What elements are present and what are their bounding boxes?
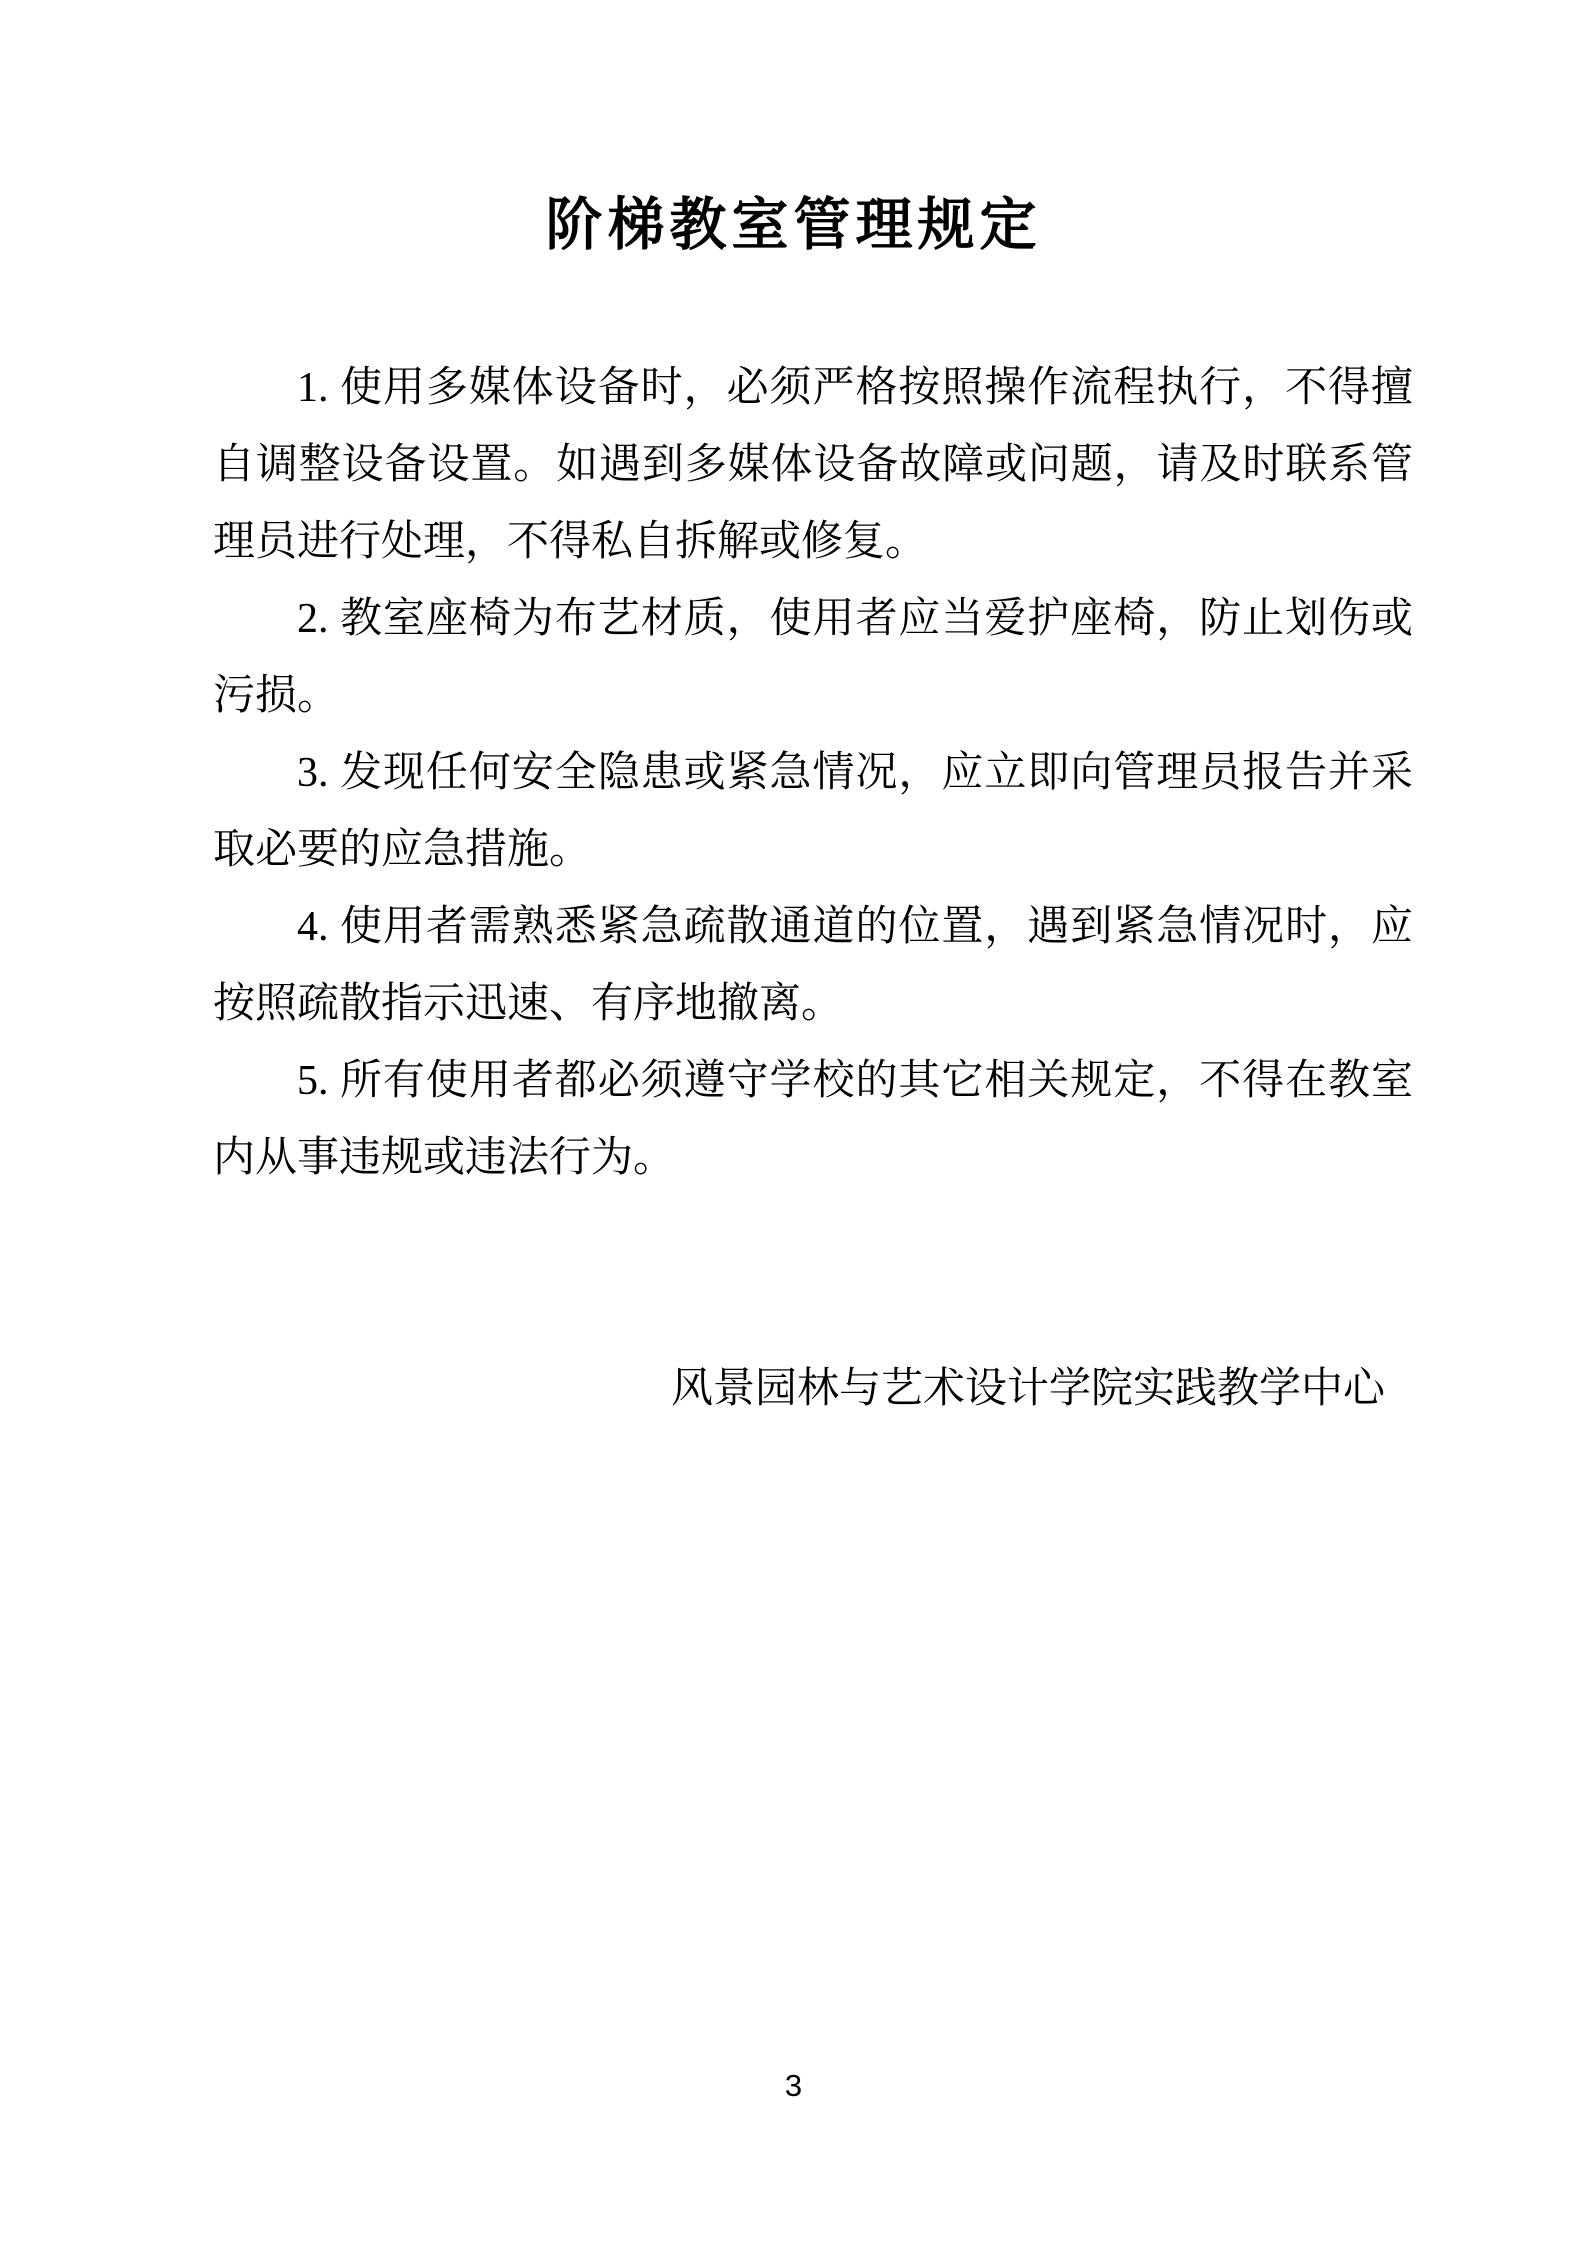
rule-item-4: 4. 使用者需熟悉紧急疏散通道的位置，遇到紧急情况时，应按照疏散指示迅速、有序地… — [213, 889, 1413, 1043]
document-page: 阶梯教室管理规定 1. 使用多媒体设备时，必须严格按照操作流程执行，不得擅自调整… — [0, 0, 1587, 2245]
rule-item-5: 5. 所有使用者都必须遵守学校的其它相关规定，不得在教室内从事违规或违法行为。 — [213, 1043, 1413, 1197]
document-body: 1. 使用多媒体设备时，必须严格按照操作流程执行，不得擅自调整设备设置。如遇到多… — [213, 350, 1413, 1428]
signature-line: 风景园林与艺术设计学院实践教学中心 — [213, 1351, 1413, 1428]
rule-item-3: 3. 发现任何安全隐患或紧急情况，应立即向管理员报告并采取必要的应急措施。 — [213, 735, 1413, 889]
rule-item-2: 2. 教室座椅为布艺材质，使用者应当爱护座椅，防止划伤或污损。 — [213, 581, 1413, 735]
page-title: 阶梯教室管理规定 — [0, 192, 1587, 258]
rule-item-1: 1. 使用多媒体设备时，必须严格按照操作流程执行，不得擅自调整设备设置。如遇到多… — [213, 350, 1413, 581]
page-number: 3 — [0, 2068, 1587, 2104]
